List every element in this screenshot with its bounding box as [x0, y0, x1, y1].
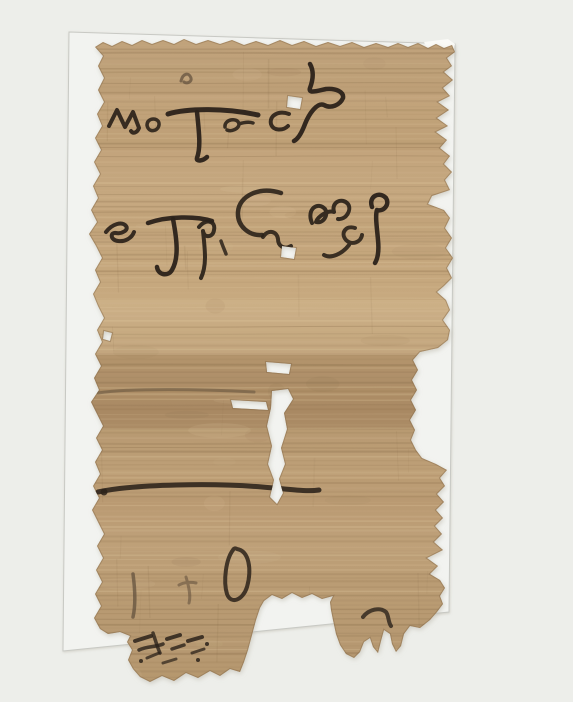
ink-dot	[139, 659, 143, 663]
papyrus-scan-canvas	[0, 0, 573, 702]
ink-dot	[196, 658, 200, 662]
papyrus-scan-image	[0, 0, 573, 702]
ink-mark-bottom-vertical	[133, 574, 135, 617]
ink-dot	[101, 489, 108, 496]
ink-dot	[205, 642, 209, 646]
